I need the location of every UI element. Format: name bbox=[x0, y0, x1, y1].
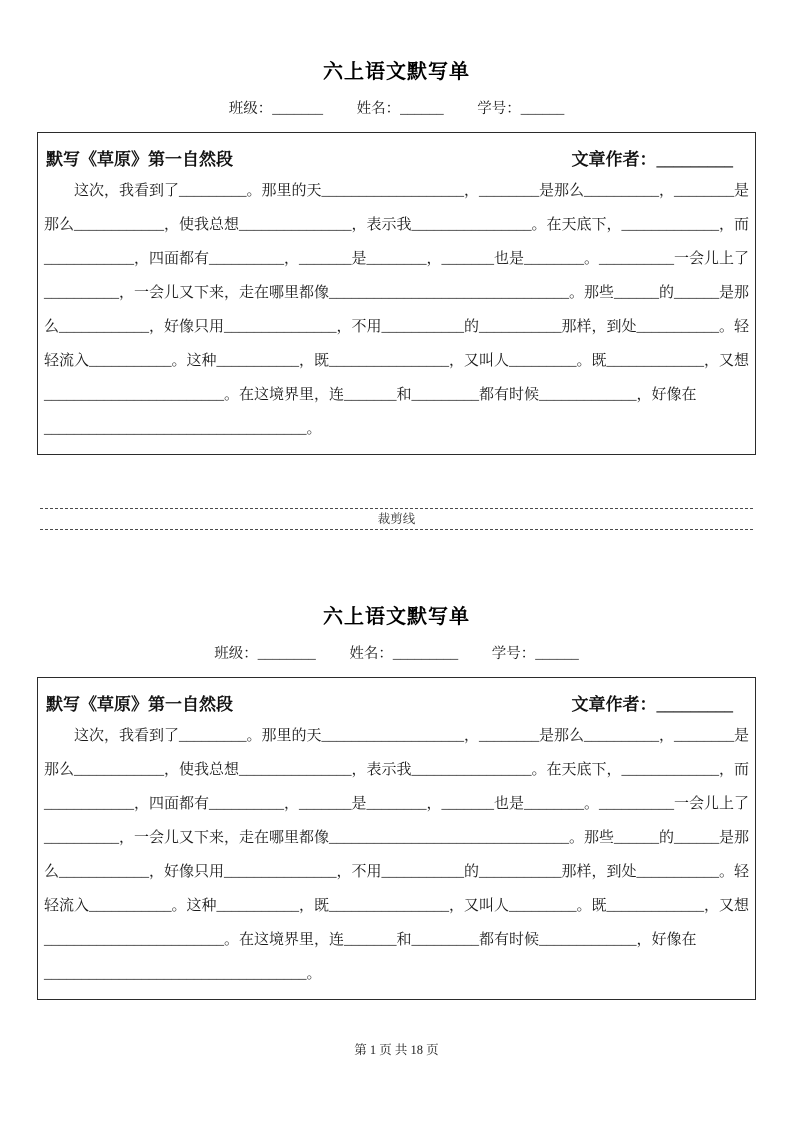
dictation-box: 默写《草原》第一自然段 文章作者：_________ 这次，我看到了______… bbox=[37, 132, 756, 455]
class-blank-line: _______ bbox=[272, 101, 323, 117]
author-field: 文章作者：_________ bbox=[572, 145, 734, 170]
student-info-row-2: 班级：________ 姓名：_________ 学号：______ bbox=[0, 642, 793, 663]
class-label: 班级： bbox=[214, 646, 258, 662]
dictation-heading: 默写《草原》第一自然段 bbox=[46, 690, 233, 715]
dictation-paragraph: 这次，我看到了_________。那里的天___________________… bbox=[44, 174, 749, 446]
cut-line: 裁剪线 bbox=[40, 508, 753, 530]
page-number-footer: 第 1 页 共 18 页 bbox=[0, 1040, 793, 1058]
worksheet-section-2: 六上语文默写单 班级：________ 姓名：_________ 学号：____… bbox=[0, 600, 793, 1000]
cut-line-label: 裁剪线 bbox=[40, 509, 753, 529]
name-blank-line: _________ bbox=[393, 646, 458, 662]
student-info-row: 班级：_______ 姓名：______ 学号：______ bbox=[0, 97, 793, 118]
name-label: 姓名： bbox=[349, 646, 393, 662]
dictation-box-2: 默写《草原》第一自然段 文章作者：_________ 这次，我看到了______… bbox=[37, 677, 756, 1000]
class-blank-line: ________ bbox=[258, 646, 316, 662]
cut-dash-bottom bbox=[40, 529, 753, 530]
dictation-heading: 默写《草原》第一自然段 bbox=[46, 145, 233, 170]
dictation-box-header: 默写《草原》第一自然段 文章作者：_________ bbox=[44, 137, 749, 172]
student-id-blank-line: ______ bbox=[535, 646, 579, 662]
student-id-field: 学号：______ bbox=[477, 101, 564, 117]
class-field: 班级：________ bbox=[214, 646, 316, 662]
student-id-field: 学号：______ bbox=[492, 646, 579, 662]
student-id-label: 学号： bbox=[477, 101, 521, 117]
worksheet-section-1: 六上语文默写单 班级：_______ 姓名：______ 学号：______ 默… bbox=[0, 55, 793, 455]
name-blank-line: ______ bbox=[400, 101, 444, 117]
author-blank-line: _________ bbox=[657, 695, 734, 714]
student-id-label: 学号： bbox=[492, 646, 536, 662]
name-label: 姓名： bbox=[357, 101, 401, 117]
student-id-blank-line: ______ bbox=[521, 101, 565, 117]
name-field: 姓名：_________ bbox=[349, 646, 458, 662]
page-title-2: 六上语文默写单 bbox=[0, 600, 793, 629]
author-label: 文章作者： bbox=[572, 150, 657, 169]
author-field: 文章作者：_________ bbox=[572, 690, 734, 715]
dictation-box-header: 默写《草原》第一自然段 文章作者：_________ bbox=[44, 682, 749, 717]
author-label: 文章作者： bbox=[572, 695, 657, 714]
class-label: 班级： bbox=[229, 101, 273, 117]
name-field: 姓名：______ bbox=[357, 101, 444, 117]
class-field: 班级：_______ bbox=[229, 101, 323, 117]
author-blank-line: _________ bbox=[657, 150, 734, 169]
page-title: 六上语文默写单 bbox=[0, 55, 793, 84]
dictation-paragraph: 这次，我看到了_________。那里的天___________________… bbox=[44, 719, 749, 991]
